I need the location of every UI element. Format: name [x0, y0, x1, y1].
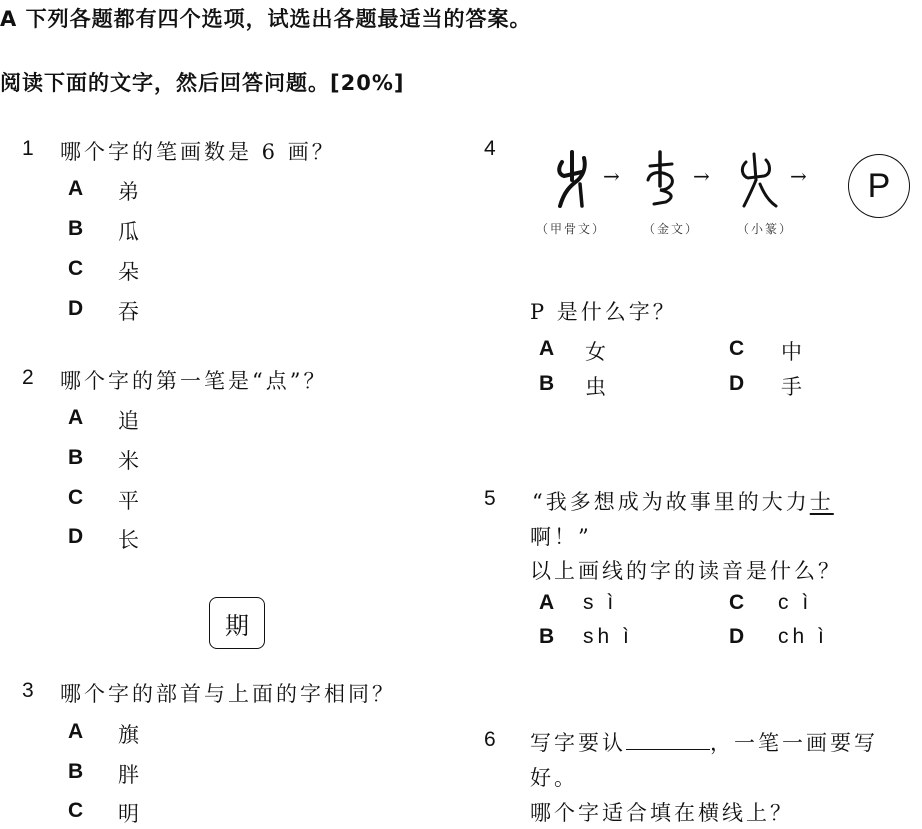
question-number: 2: [22, 366, 34, 390]
option-a[interactable]: s ì: [583, 591, 617, 615]
option-letter: C: [68, 486, 83, 510]
script-label: （甲骨文）: [536, 220, 606, 237]
arrow-right-icon: →: [693, 164, 710, 188]
option-letter: B: [539, 372, 554, 396]
option-c[interactable]: 平: [118, 485, 139, 515]
sentence-text: ，一笔一画要写: [710, 731, 878, 755]
script-label: （金文）: [643, 220, 699, 237]
underlined-character: 士: [810, 490, 834, 514]
question-number: 5: [484, 487, 496, 511]
option-letter: B: [68, 760, 83, 784]
quote-text: “我多想成为故事里的大力: [532, 490, 810, 514]
option-a[interactable]: 旗: [118, 719, 139, 749]
sentence-text: 写字要认: [530, 731, 626, 755]
sentence-line-2: 好。: [530, 762, 578, 792]
small-seal-script-glyph-icon: [734, 150, 784, 210]
option-d[interactable]: ch ì: [778, 625, 828, 649]
option-letter: A: [68, 720, 83, 744]
option-c[interactable]: 明: [118, 798, 139, 828]
option-a[interactable]: 女: [585, 336, 606, 366]
option-a[interactable]: 弟: [118, 176, 139, 206]
oracle-bone-script-glyph-icon: [548, 150, 598, 210]
question-text: P 是什么字？: [530, 296, 677, 326]
option-letter: D: [68, 297, 83, 321]
option-letter: D: [729, 625, 744, 649]
option-b[interactable]: 米: [118, 445, 139, 475]
option-b[interactable]: 瓜: [118, 216, 139, 246]
option-letter: B: [68, 217, 83, 241]
question-text: 哪个字的笔画数是 6 画？: [60, 136, 336, 166]
question-number: 3: [22, 679, 34, 703]
option-letter: A: [539, 591, 554, 615]
option-c[interactable]: c ì: [778, 591, 812, 615]
fill-in-blank[interactable]: [626, 731, 710, 750]
option-c[interactable]: 朵: [118, 256, 139, 286]
option-letter: B: [68, 446, 83, 470]
option-d[interactable]: 手: [781, 371, 802, 401]
option-letter: C: [729, 591, 744, 615]
instruction-text: A 下列各题都有四个选项，试选出各题最适当的答案。: [0, 3, 532, 33]
bronze-script-glyph-icon: [640, 150, 690, 210]
unknown-character-circle: P: [848, 154, 910, 218]
boxed-character: 期: [209, 597, 265, 649]
option-d[interactable]: 长: [118, 524, 139, 554]
option-letter: C: [729, 337, 744, 361]
option-b[interactable]: 虫: [585, 371, 606, 401]
quote-line-1: “我多想成为故事里的大力士: [532, 486, 834, 516]
option-b[interactable]: sh ì: [583, 625, 633, 649]
option-letter: A: [539, 337, 554, 361]
sentence-line-1: 写字要认，一笔一画要写: [530, 727, 878, 757]
script-label: （小篆）: [737, 220, 793, 237]
option-d[interactable]: 吞: [118, 296, 139, 326]
option-letter: C: [68, 799, 83, 823]
question-text: 以上画线的字的读音是什么？: [530, 555, 842, 585]
question-number: 4: [484, 137, 496, 161]
option-b[interactable]: 胖: [118, 759, 139, 789]
quote-line-2: 啊！”: [530, 521, 592, 551]
question-number: 1: [22, 137, 34, 161]
option-letter: C: [68, 257, 83, 281]
question-text: 哪个字的第一笔是“点”？: [60, 365, 327, 395]
arrow-right-icon: →: [603, 164, 620, 188]
section-prompt: 阅读下面的文字，然后回答问题。[20%]: [0, 67, 404, 97]
option-c[interactable]: 中: [781, 336, 802, 366]
option-letter: D: [729, 372, 744, 396]
question-text: 哪个字适合填在横线上？: [530, 797, 794, 827]
option-letter: A: [68, 177, 83, 201]
arrow-right-icon: →: [790, 164, 807, 188]
question-number: 6: [484, 728, 496, 752]
question-text: 哪个字的部首与上面的字相同？: [60, 678, 396, 708]
option-letter: D: [68, 525, 83, 549]
option-letter: A: [68, 406, 83, 430]
option-letter: B: [539, 625, 554, 649]
option-a[interactable]: 追: [118, 405, 139, 435]
